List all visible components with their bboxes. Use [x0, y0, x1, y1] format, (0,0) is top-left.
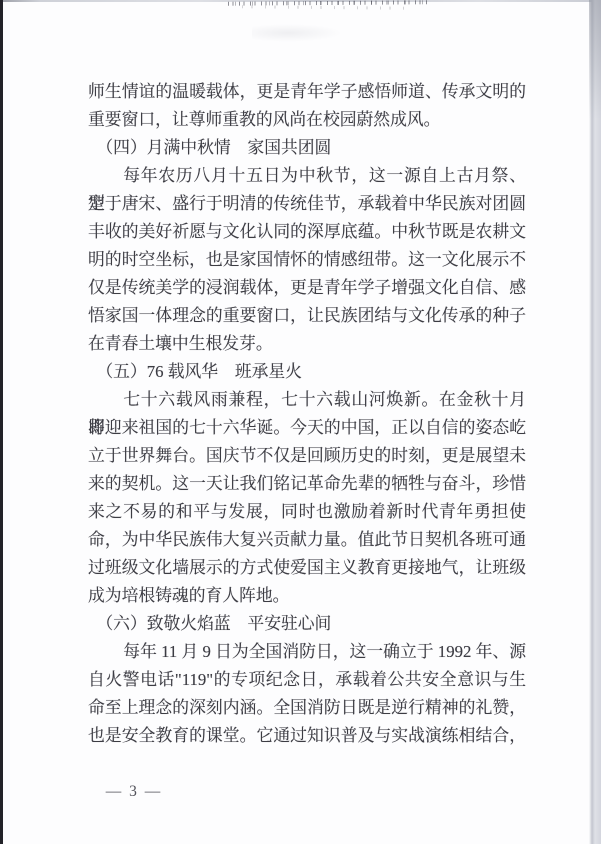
section-heading: （五）76 载风华 班承星火 — [88, 358, 526, 386]
text-line: 命，为中华民族伟大复兴贡献力量。值此节日契机各班可通 — [88, 526, 526, 554]
scan-edge-left — [0, 0, 3, 844]
scan-edge-right — [589, 0, 601, 844]
text-line: 悟家国一体理念的重要窗口，让民族团结与文化传承的种子 — [88, 302, 526, 330]
text-line: 命至上理念的深刻内涵。全国消防日既是逆行精神的礼赞， — [88, 694, 526, 722]
scanned-document-page: 师生情谊的温暖载体，更是青年学子感悟师道、传承文明的重要窗口，让尊师重教的风尚在… — [0, 0, 601, 844]
text-line: 将迎来祖国的七十六华诞。今天的中国，正以自信的姿态屹 — [88, 414, 526, 442]
scan-noise-speckles — [242, 5, 412, 9]
text-line: 成为培根铸魂的育人阵地。 — [88, 582, 526, 610]
text-line: 也是安全教育的课堂。它通过知识普及与实战演练相结合， — [88, 722, 526, 750]
text-line: 七十六载风雨兼程，七十六载山河焕新。在金秋十月即 — [88, 386, 526, 414]
text-line: 型于唐宋、盛行于明清的传统佳节，承载着中华民族对团圆 — [88, 190, 526, 218]
text-line: 在青春土壤中生根发芽。 — [88, 330, 526, 358]
text-line: 仅是传统美学的浸润载体，更是青年学子增强文化自信、感 — [88, 274, 526, 302]
text-line: 丰收的美好祈愿与文化认同的深厚底蕴。中秋节既是农耕文 — [88, 218, 526, 246]
document-body-text: 师生情谊的温暖载体，更是青年学子感悟师道、传承文明的重要窗口，让尊师重教的风尚在… — [88, 78, 526, 750]
text-line: 重要窗口，让尊师重教的风尚在校园蔚然成风。 — [88, 106, 526, 134]
text-line: 来的契机。这一天让我们铭记革命先辈的牺牲与奋斗，珍惜 — [88, 470, 526, 498]
scan-smudge — [252, 24, 342, 42]
text-line: 明的时空坐标，也是家国情怀的情感纽带。这一文化展示不 — [88, 246, 526, 274]
page-number: — 3 — — [92, 783, 176, 801]
text-line: 来之不易的和平与发展，同时也激励着新时代青年勇担使 — [88, 498, 526, 526]
text-line: 师生情谊的温暖载体，更是青年学子感悟师道、传承文明的 — [88, 78, 526, 106]
text-line: 自火警电话"119"的专项纪念日，承载着公共安全意识与生 — [88, 666, 526, 694]
section-heading: （六）致敬火焰蓝 平安驻心间 — [88, 610, 526, 638]
text-line: 立于世界舞台。国庆节不仅是回顾历史的时刻，更是展望未 — [88, 442, 526, 470]
text-line: 过班级文化墙展示的方式使爱国主义教育更接地气，让班级 — [88, 554, 526, 582]
section-heading: （四）月满中秋情 家国共团圆 — [88, 134, 526, 162]
text-line: 每年 11 月 9 日为全国消防日，这一确立于 1992 年、源 — [88, 638, 526, 666]
text-line: 每年农历八月十五日为中秋节，这一源自上古月祭、定 — [88, 162, 526, 190]
